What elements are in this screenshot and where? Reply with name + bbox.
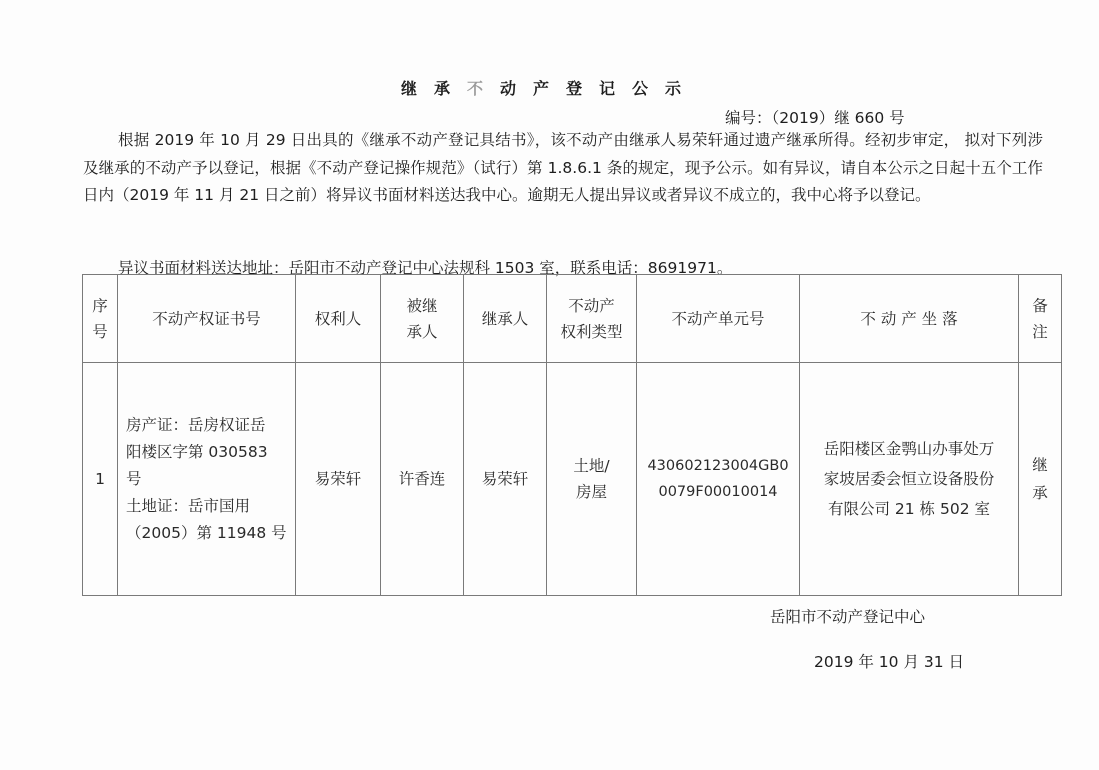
header-location: 不 动 产 坐 落 (800, 275, 1019, 363)
header-rights-holder: 权利人 (296, 275, 381, 363)
title-part: 动产登记公示 (500, 79, 698, 98)
header-right-type: 不动产权利类型 (547, 275, 637, 363)
cell-right-type: 土地/房屋 (547, 363, 637, 596)
cell-heir: 易荣轩 (464, 363, 547, 596)
page-title: 继承不动产登记公示 (0, 76, 1099, 99)
issue-date: 2019 年 10 月 31 日 (814, 650, 964, 672)
table-row: 1 房产证：岳房权证岳 阳楼区字第 030583 号 土地证：岳市国用 （200… (83, 363, 1062, 596)
header-cert-no: 不动产权证书号 (118, 275, 296, 363)
title-part: 继承 (401, 79, 467, 98)
title-part-faint: 不 (467, 79, 500, 98)
cell-seq: 1 (83, 363, 118, 596)
header-heir: 继承人 (464, 275, 547, 363)
notice-paragraph: 根据 2019 年 10 月 29 日出具的《继承不动产登记具结书》，该不动产由… (83, 127, 1043, 210)
cell-rights-holder: 易荣轩 (296, 363, 381, 596)
registration-table: 序号 不动产权证书号 权利人 被继承人 继承人 不动产权利类型 不动产单元号 不… (82, 274, 1062, 596)
header-decedent: 被继承人 (381, 275, 464, 363)
document-number: 编号：（2019）继 660 号 (725, 106, 905, 128)
header-seq: 序号 (83, 275, 118, 363)
table-header-row: 序号 不动产权证书号 权利人 被继承人 继承人 不动产权利类型 不动产单元号 不… (83, 275, 1062, 363)
cell-decedent: 许香连 (381, 363, 464, 596)
cell-cert-no: 房产证：岳房权证岳 阳楼区字第 030583 号 土地证：岳市国用 （2005）… (118, 363, 296, 596)
issuer-signature: 岳阳市不动产登记中心 (770, 605, 925, 627)
cell-remark: 继承 (1019, 363, 1062, 596)
header-unit-no: 不动产单元号 (637, 275, 800, 363)
header-remark: 备注 (1019, 275, 1062, 363)
cell-unit-no: 430602123004GB00079F00010014 (637, 363, 800, 596)
cell-location: 岳阳楼区金鹗山办事处万家坡居委会恒立设备股份有限公司 21 栋 502 室 (800, 363, 1019, 596)
